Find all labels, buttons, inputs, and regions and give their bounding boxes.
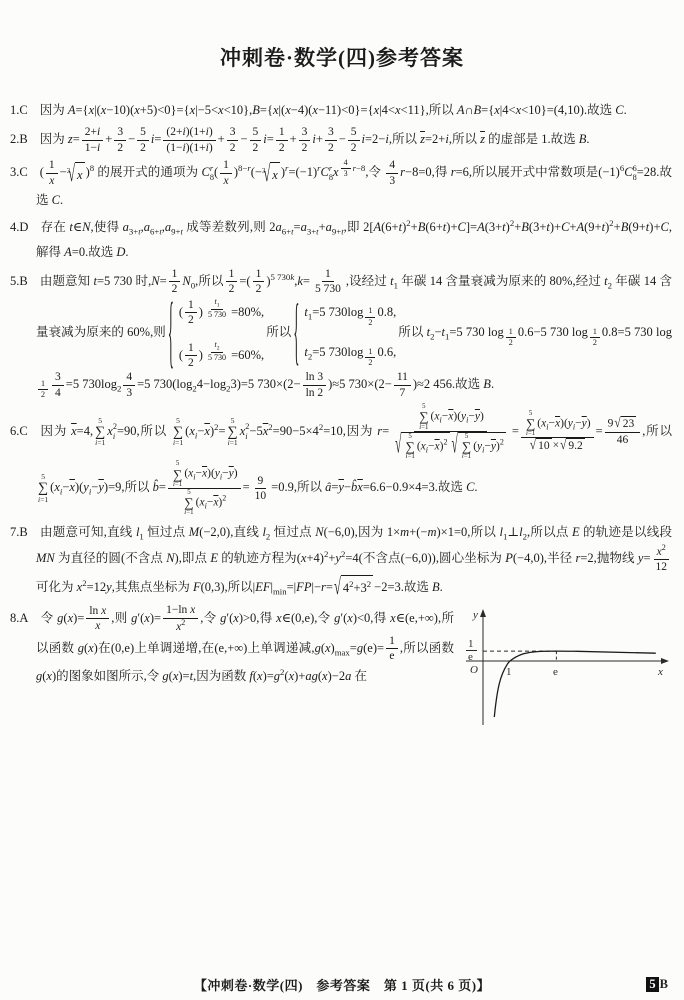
item-number: 8.A bbox=[10, 611, 28, 625]
item-solution: 存在 t∈N,使得 a3+t,a6+t,a9+t 成等差数列,则 2a6+t=a… bbox=[36, 220, 672, 258]
item-solution: 令 g(x)=ln xx,则 g′(x)=1−ln xx2,令 g′(x)>0,… bbox=[36, 611, 454, 683]
x-tick-1: 1 bbox=[506, 666, 512, 678]
page-code-letter: B bbox=[660, 977, 668, 991]
answer-item-1: 1.C因为 A={x|(x−10)(x+5)<0}={x|−5<x<10},B=… bbox=[10, 98, 672, 122]
x-axis-arrow bbox=[661, 658, 669, 664]
item-number: 1.C bbox=[10, 103, 28, 117]
y-tick-1-over-e-den: e bbox=[468, 651, 473, 663]
answer-item-8: y x O 1 e 1 e 8.A令 g(x)=ln xx,则 g′(x)=1−… bbox=[10, 603, 672, 688]
item-number: 5.B bbox=[10, 274, 28, 288]
page-code: 5B bbox=[646, 977, 668, 992]
item-number: 3.C bbox=[10, 165, 28, 179]
item-solution: 因为 z=2+i1−i+32−52i=(2+i)(1+i)(1−i)(1+i)+… bbox=[40, 132, 590, 146]
item-solution: (1x−3√x)8 的展开式的通项为 Cr8(1x)8−r(−3√x)r=(−1… bbox=[36, 165, 672, 207]
item-number: 6.C bbox=[10, 424, 28, 438]
answer-item-5: 5.B由题意知 t=5 730 时,N=12N0,所以12=(12)5 730k… bbox=[10, 267, 672, 400]
page-code-number: 5 bbox=[646, 977, 658, 992]
answer-list: 1.C因为 A={x|(x−10)(x+5)<0}={x|−5<x<10},B=… bbox=[0, 98, 684, 688]
answer-item-2: 2.B因为 z=2+i1−i+32−52i=(2+i)(1+i)(1−i)(1+… bbox=[10, 125, 672, 155]
page-footer: 【冲刺卷·数学(四) 参考答案 第 1 页(共 6 页)】 bbox=[0, 975, 684, 994]
item-solution: 因为 x=4,5∑i=1x2i=90,所以 5∑i=1(xi−x)2=5∑i=1… bbox=[36, 424, 672, 495]
item-solution: 由题意可知,直线 l1 恒过点 M(−2,0),直线 l2 恒过点 N(−6,0… bbox=[36, 525, 672, 594]
answer-item-3: 3.C(1x−3√x)8 的展开式的通项为 Cr8(1x)8−r(−3√x)r=… bbox=[10, 158, 672, 212]
answer-item-6: 6.C因为 x=4,5∑i=1x2i=90,所以 5∑i=1(xi−x)2=5∑… bbox=[10, 403, 672, 516]
item-solution: 由题意知 t=5 730 时,N=12N0,所以12=(12)5 730k,k=… bbox=[36, 274, 672, 391]
answer-item-4: 4.D存在 t∈N,使得 a3+t,a6+t,a9+t 成等差数列,则 2a6+… bbox=[10, 215, 672, 264]
item-solution: 因为 A={x|(x−10)(x+5)<0}={x|−5<x<10},B={x|… bbox=[40, 103, 627, 117]
function-graph: y x O 1 e 1 e bbox=[460, 605, 672, 737]
x-axis-label: x bbox=[657, 666, 663, 678]
y-axis-label: y bbox=[472, 609, 478, 621]
y-axis-arrow bbox=[480, 609, 486, 617]
item-number: 7.B bbox=[10, 525, 28, 539]
x-tick-e: e bbox=[553, 666, 558, 678]
answer-sheet-page: 冲刺卷·数学(四)参考答案 1.C因为 A={x|(x−10)(x+5)<0}=… bbox=[0, 0, 684, 1000]
page-title: 冲刺卷·数学(四)参考答案 bbox=[0, 0, 684, 72]
item-number: 2.B bbox=[10, 132, 28, 146]
y-tick-1-over-e-num: 1 bbox=[468, 638, 474, 650]
origin-label: O bbox=[470, 664, 478, 676]
answer-item-7: 7.B由题意可知,直线 l1 恒过点 M(−2,0),直线 l2 恒过点 N(−… bbox=[10, 520, 672, 601]
item-number: 4.D bbox=[10, 220, 28, 234]
footer-text: 【冲刺卷·数学(四) 参考答案 第 1 页(共 6 页)】 bbox=[194, 978, 490, 993]
